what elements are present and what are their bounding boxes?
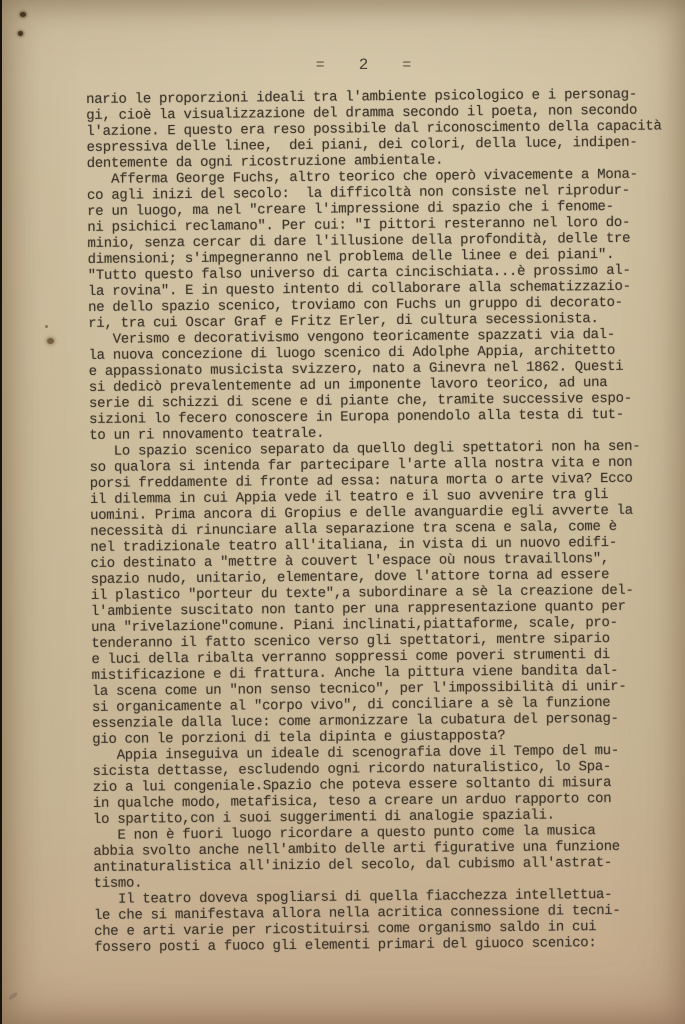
page-text: nario le proporzioni ideali tra l'ambien…: [86, 86, 685, 956]
staple-hole: [20, 12, 26, 17]
stain-spot: [8, 991, 18, 1000]
page-number: 2: [359, 56, 369, 74]
page-header: = 2 =: [22, 56, 685, 74]
header-left-mark: =: [316, 57, 325, 74]
stain-spot: [47, 338, 54, 344]
stain-spot: [45, 325, 48, 328]
staple-hole: [17, 30, 23, 36]
header-right-mark: =: [402, 57, 411, 74]
page: = 2 = nario le proporzioni ideali tra l'…: [2, 0, 685, 1024]
